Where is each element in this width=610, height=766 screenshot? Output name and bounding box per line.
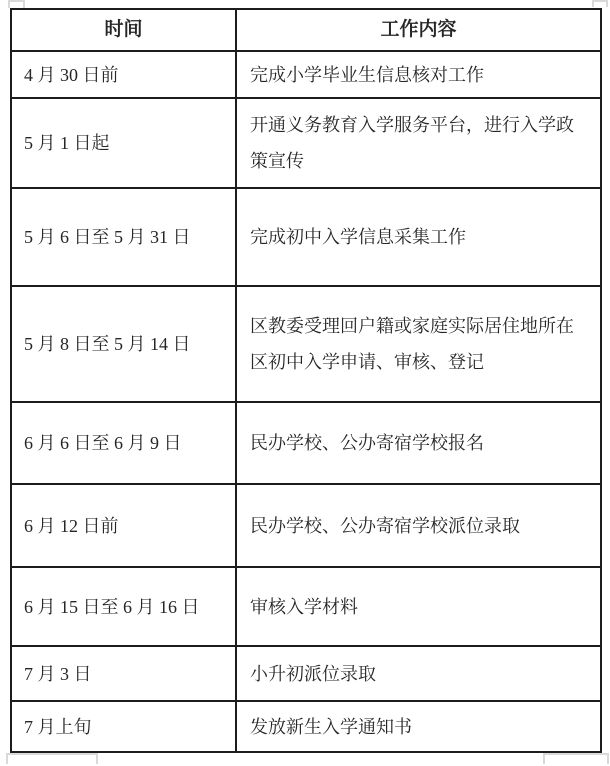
table-row: 6 月 12 日前 民办学校、公办寄宿学校派位录取 bbox=[11, 484, 601, 567]
corner-artifact-top-right bbox=[592, 0, 608, 7]
time-cell: 5 月 8 日至 5 月 14 日 bbox=[11, 286, 236, 402]
page: 时间 工作内容 4 月 30 日前 完成小学毕业生信息核对工作 5 月 1 日起… bbox=[0, 0, 610, 766]
table-header-row: 时间 工作内容 bbox=[11, 9, 601, 51]
time-cell: 7 月上旬 bbox=[11, 701, 236, 752]
table-row: 5 月 8 日至 5 月 14 日 区教委受理回户籍或家庭实际居住地所在区初中入… bbox=[11, 286, 601, 402]
header-time: 时间 bbox=[11, 9, 236, 51]
content-cell: 审核入学材料 bbox=[236, 567, 601, 646]
corner-artifact-bottom-left bbox=[6, 753, 98, 764]
content-cell: 开通义务教育入学服务平台，进行入学政策宣传 bbox=[236, 98, 601, 188]
table-row: 6 月 15 日至 6 月 16 日 审核入学材料 bbox=[11, 567, 601, 646]
corner-artifact-top-left bbox=[8, 0, 25, 8]
content-cell: 完成初中入学信息采集工作 bbox=[236, 188, 601, 286]
header-content: 工作内容 bbox=[236, 9, 601, 51]
content-cell: 民办学校、公办寄宿学校报名 bbox=[236, 402, 601, 484]
content-cell: 小升初派位录取 bbox=[236, 646, 601, 701]
corner-artifact-bottom-right bbox=[543, 753, 609, 764]
content-cell: 区教委受理回户籍或家庭实际居住地所在区初中入学申请、审核、登记 bbox=[236, 286, 601, 402]
table-row: 7 月 3 日 小升初派位录取 bbox=[11, 646, 601, 701]
time-cell: 6 月 6 日至 6 月 9 日 bbox=[11, 402, 236, 484]
table-row: 7 月上旬 发放新生入学通知书 bbox=[11, 701, 601, 752]
time-cell: 7 月 3 日 bbox=[11, 646, 236, 701]
content-cell: 发放新生入学通知书 bbox=[236, 701, 601, 752]
time-cell: 6 月 15 日至 6 月 16 日 bbox=[11, 567, 236, 646]
time-cell: 6 月 12 日前 bbox=[11, 484, 236, 567]
table-row: 5 月 6 日至 5 月 31 日 完成初中入学信息采集工作 bbox=[11, 188, 601, 286]
content-cell: 民办学校、公办寄宿学校派位录取 bbox=[236, 484, 601, 567]
time-cell: 4 月 30 日前 bbox=[11, 51, 236, 98]
time-cell: 5 月 6 日至 5 月 31 日 bbox=[11, 188, 236, 286]
table-row: 5 月 1 日起 开通义务教育入学服务平台，进行入学政策宣传 bbox=[11, 98, 601, 188]
time-cell: 5 月 1 日起 bbox=[11, 98, 236, 188]
table-row: 6 月 6 日至 6 月 9 日 民办学校、公办寄宿学校报名 bbox=[11, 402, 601, 484]
enrollment-schedule-table: 时间 工作内容 4 月 30 日前 完成小学毕业生信息核对工作 5 月 1 日起… bbox=[10, 8, 602, 753]
table-row: 4 月 30 日前 完成小学毕业生信息核对工作 bbox=[11, 51, 601, 98]
content-cell: 完成小学毕业生信息核对工作 bbox=[236, 51, 601, 98]
